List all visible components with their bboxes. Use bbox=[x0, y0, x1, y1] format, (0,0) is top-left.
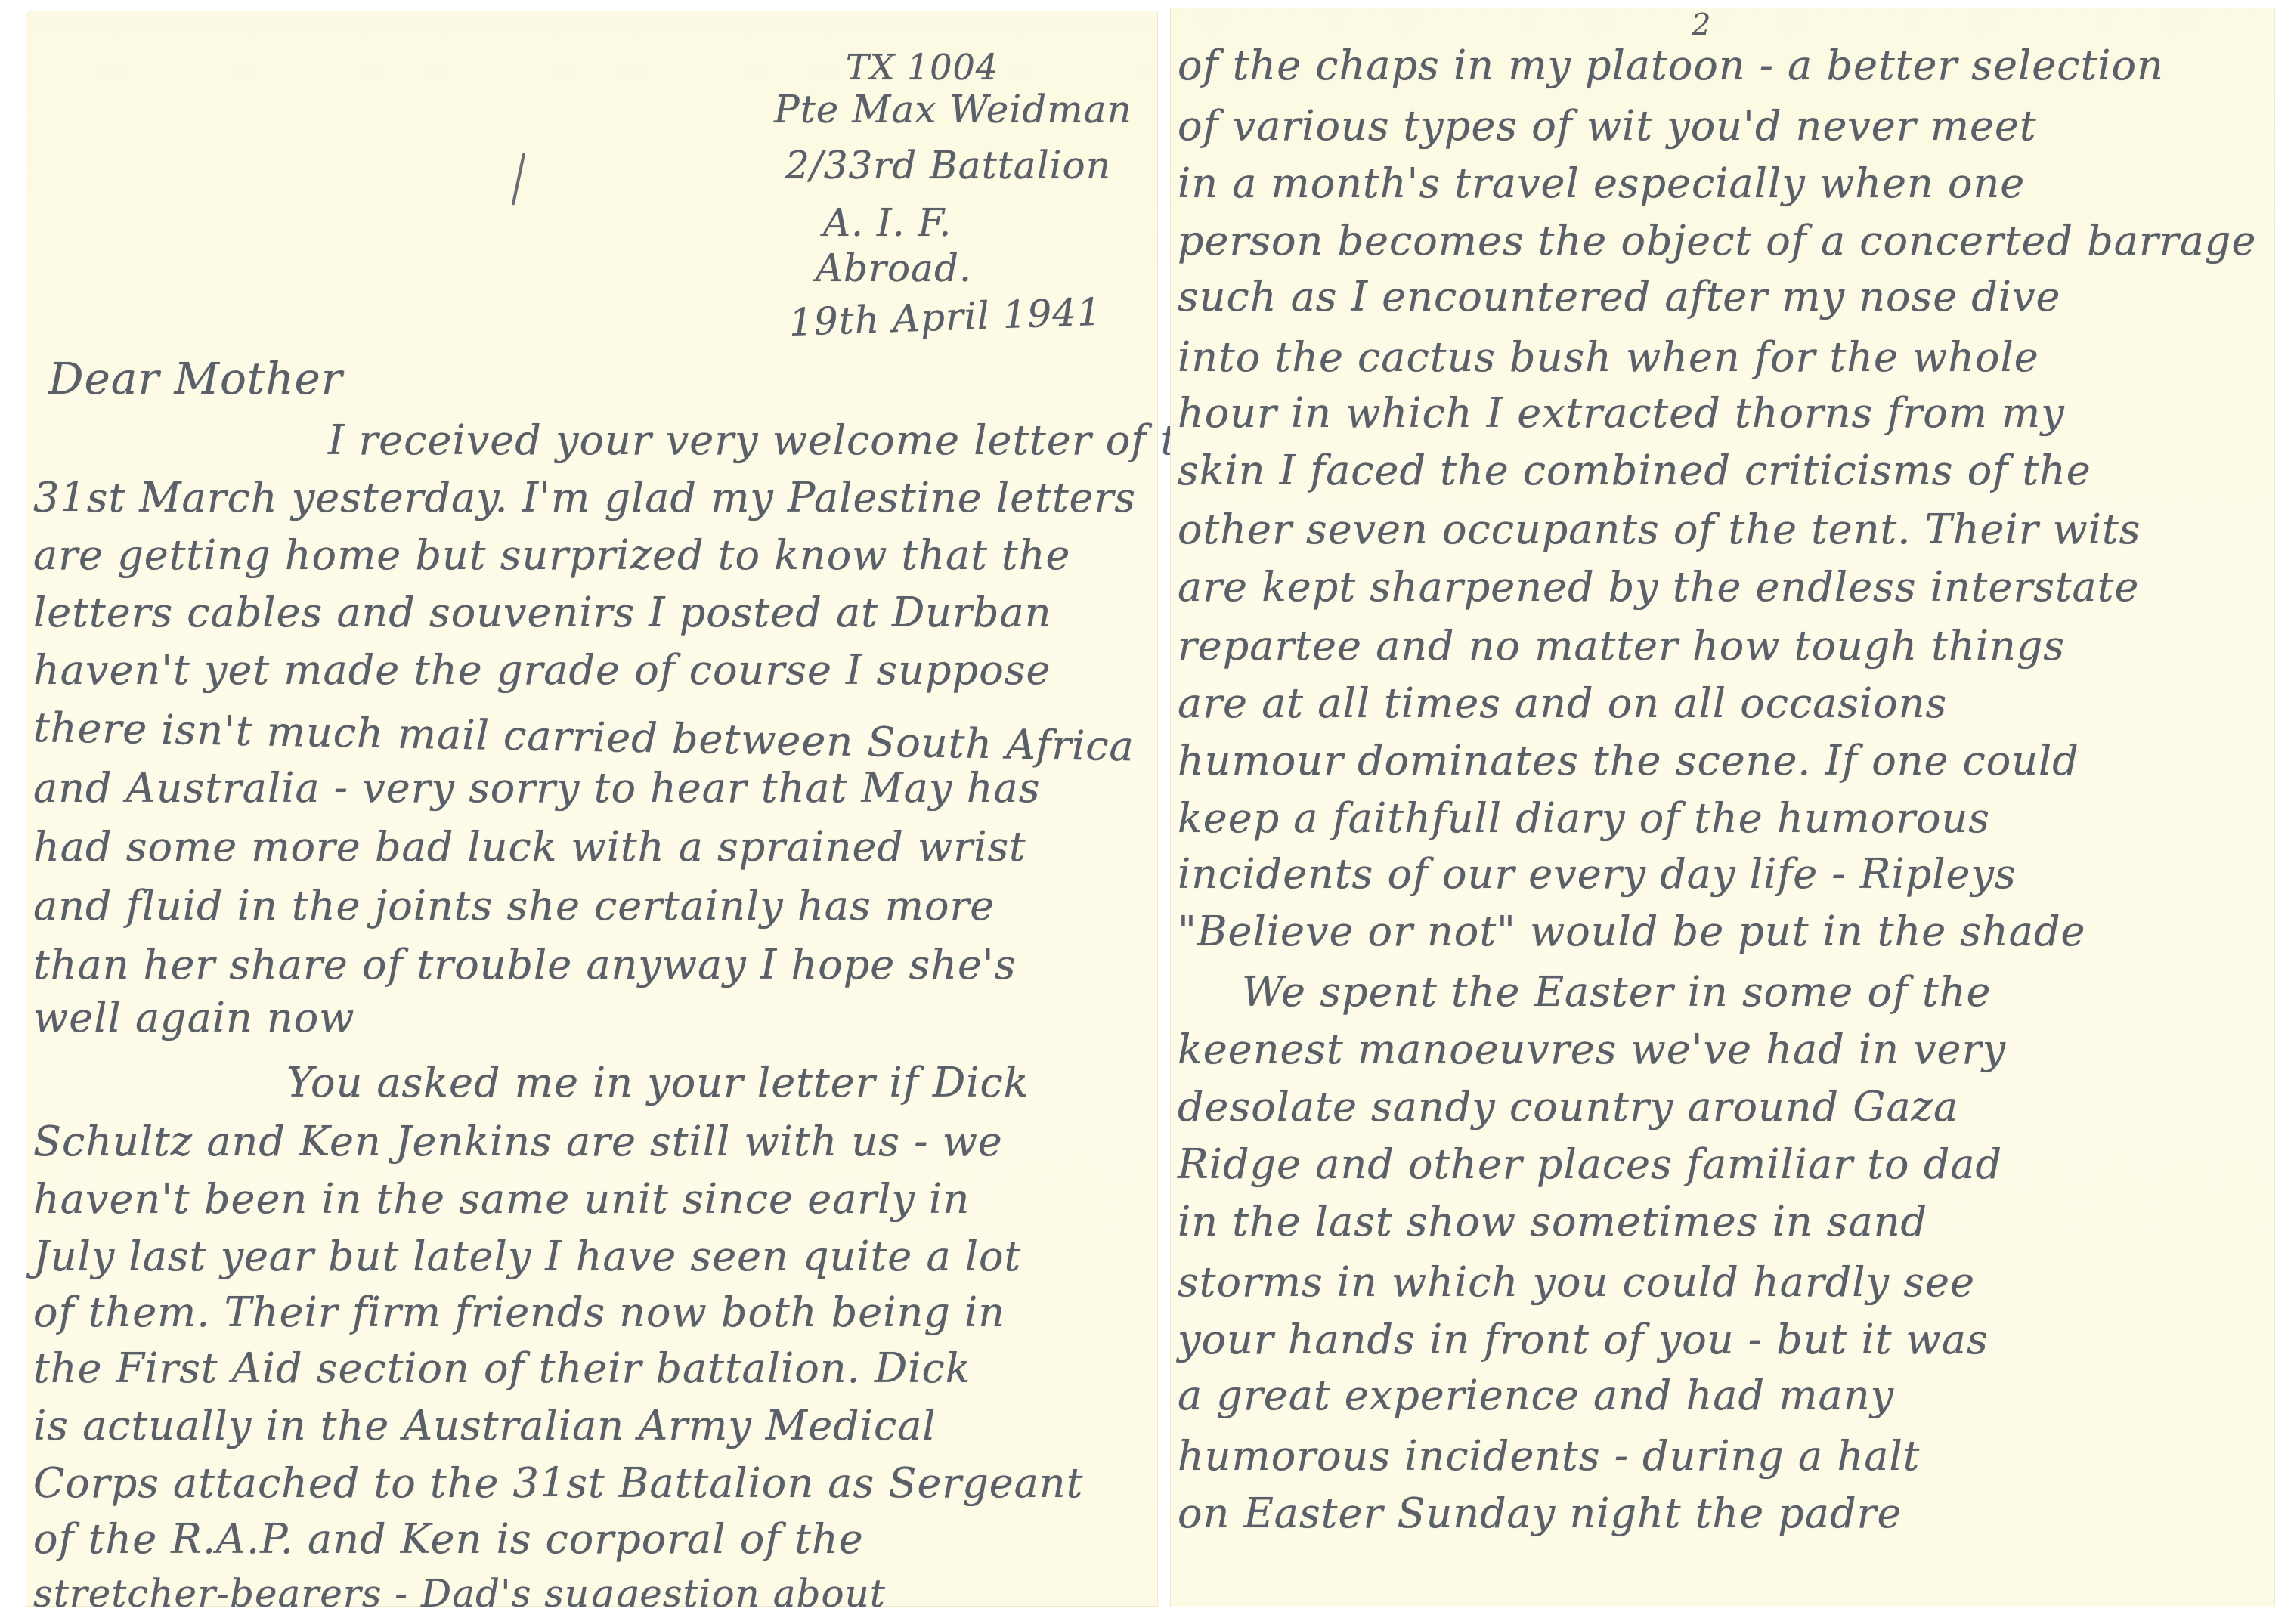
location: Abroad. bbox=[816, 249, 972, 287]
body-line: are kept sharpened by the endless inters… bbox=[1178, 567, 2139, 608]
body-line: humorous incidents - during a halt bbox=[1178, 1436, 1920, 1477]
body-line: person becomes the object of a concerted… bbox=[1178, 221, 2256, 261]
body-line: July last year but lately I have seen qu… bbox=[33, 1236, 1021, 1277]
body-line: the First Aid section of their battalion… bbox=[33, 1348, 971, 1389]
body-line: are at all times and on all occasions bbox=[1178, 683, 1947, 724]
body-line: keep a faithfull diary of the humorous bbox=[1178, 798, 1990, 839]
body-line: on Easter Sunday night the padre bbox=[1178, 1493, 1902, 1534]
body-line: other seven occupants of the tent. Their… bbox=[1178, 509, 2141, 550]
body-line: hour in which I extracted thorns from my bbox=[1178, 393, 2065, 434]
letter-page-1: TX 1004 Pte Max Weidman 2/33rd Battalion… bbox=[26, 11, 1158, 1607]
scan-margin bbox=[0, 1607, 2294, 1624]
body-line: incidents of our every day life - Ripley… bbox=[1178, 854, 2017, 895]
body-line: there isn't much mail carried between So… bbox=[33, 707, 1135, 767]
body-line: are getting home but surprized to know t… bbox=[33, 535, 1071, 576]
force: A. I. F. bbox=[823, 204, 952, 242]
body-line: had some more bad luck with a sprained w… bbox=[33, 827, 1026, 868]
margin-mark bbox=[512, 153, 525, 205]
body-line: well again now bbox=[33, 998, 355, 1038]
unit: 2/33rd Battalion bbox=[785, 147, 1111, 184]
service-number: TX 1004 bbox=[846, 50, 998, 85]
body-line: in a month's travel especially when one bbox=[1178, 163, 2025, 204]
body-line: and fluid in the joints she certainly ha… bbox=[33, 886, 995, 926]
body-line: We spent the Easter in some of the bbox=[1242, 972, 1992, 1013]
body-line: letters cables and souvenirs I posted at… bbox=[33, 592, 1051, 633]
body-line: skin I faced the combined criticisms of … bbox=[1178, 450, 2091, 491]
body-line: 31st March yesterday. I'm glad my Palest… bbox=[33, 478, 1136, 518]
body-line: repartee and no matter how tough things bbox=[1178, 626, 2065, 667]
body-line: into the cactus bush when for the whole bbox=[1178, 337, 2039, 378]
body-line: and Australia - very sorry to hear that … bbox=[33, 768, 1040, 809]
body-line: your hands in front of you - but it was bbox=[1178, 1319, 1989, 1360]
body-line: keenest manoeuvres we've had in very bbox=[1178, 1029, 2006, 1070]
sender-name: Pte Max Weidman bbox=[774, 91, 1132, 128]
body-line: of various types of wit you'd never meet bbox=[1178, 106, 2037, 147]
body-line: desolate sandy country around Gaza bbox=[1178, 1087, 1958, 1128]
body-line: a great experience and had many bbox=[1178, 1375, 1894, 1416]
body-line: is actually in the Australian Army Medic… bbox=[33, 1406, 936, 1446]
body-line: haven't been in the same unit since earl… bbox=[33, 1179, 970, 1220]
body-line: I received your very welcome letter of t… bbox=[328, 420, 1230, 461]
body-line: haven't yet made the grade of course I s… bbox=[33, 650, 1051, 691]
page-number: 2 bbox=[1692, 8, 1710, 42]
body-line: of the chaps in my platoon - a better se… bbox=[1178, 45, 2164, 86]
body-line: You asked me in your letter if Dick bbox=[286, 1063, 1029, 1103]
body-line: Ridge and other places familiar to dad bbox=[1178, 1144, 2002, 1185]
body-line: Corps attached to the 31st Battalion as … bbox=[33, 1463, 1083, 1504]
letter-page-2: 2 of the chaps in my platoon - a better … bbox=[1170, 8, 2275, 1607]
body-line: humour dominates the scene. If one could bbox=[1178, 741, 2079, 781]
body-line: in the last show sometimes in sand bbox=[1178, 1202, 1927, 1242]
body-line: "Believe or not" would be put in the sha… bbox=[1178, 911, 2086, 952]
body-line: than her share of trouble anyway I hope … bbox=[33, 945, 1016, 985]
body-line: of the R.A.P. and Ken is corporal of the bbox=[33, 1519, 864, 1560]
body-line: such as I encountered after my nose dive bbox=[1178, 277, 2061, 317]
body-line: Schultz and Ken Jenkins are still with u… bbox=[33, 1121, 1003, 1162]
letter-date: 19th April 1941 bbox=[788, 293, 1102, 342]
salutation: Dear Mother bbox=[48, 357, 343, 401]
body-line: storms in which you could hardly see bbox=[1178, 1262, 1975, 1303]
body-line: of them. Their firm friends now both bei… bbox=[33, 1292, 1005, 1333]
